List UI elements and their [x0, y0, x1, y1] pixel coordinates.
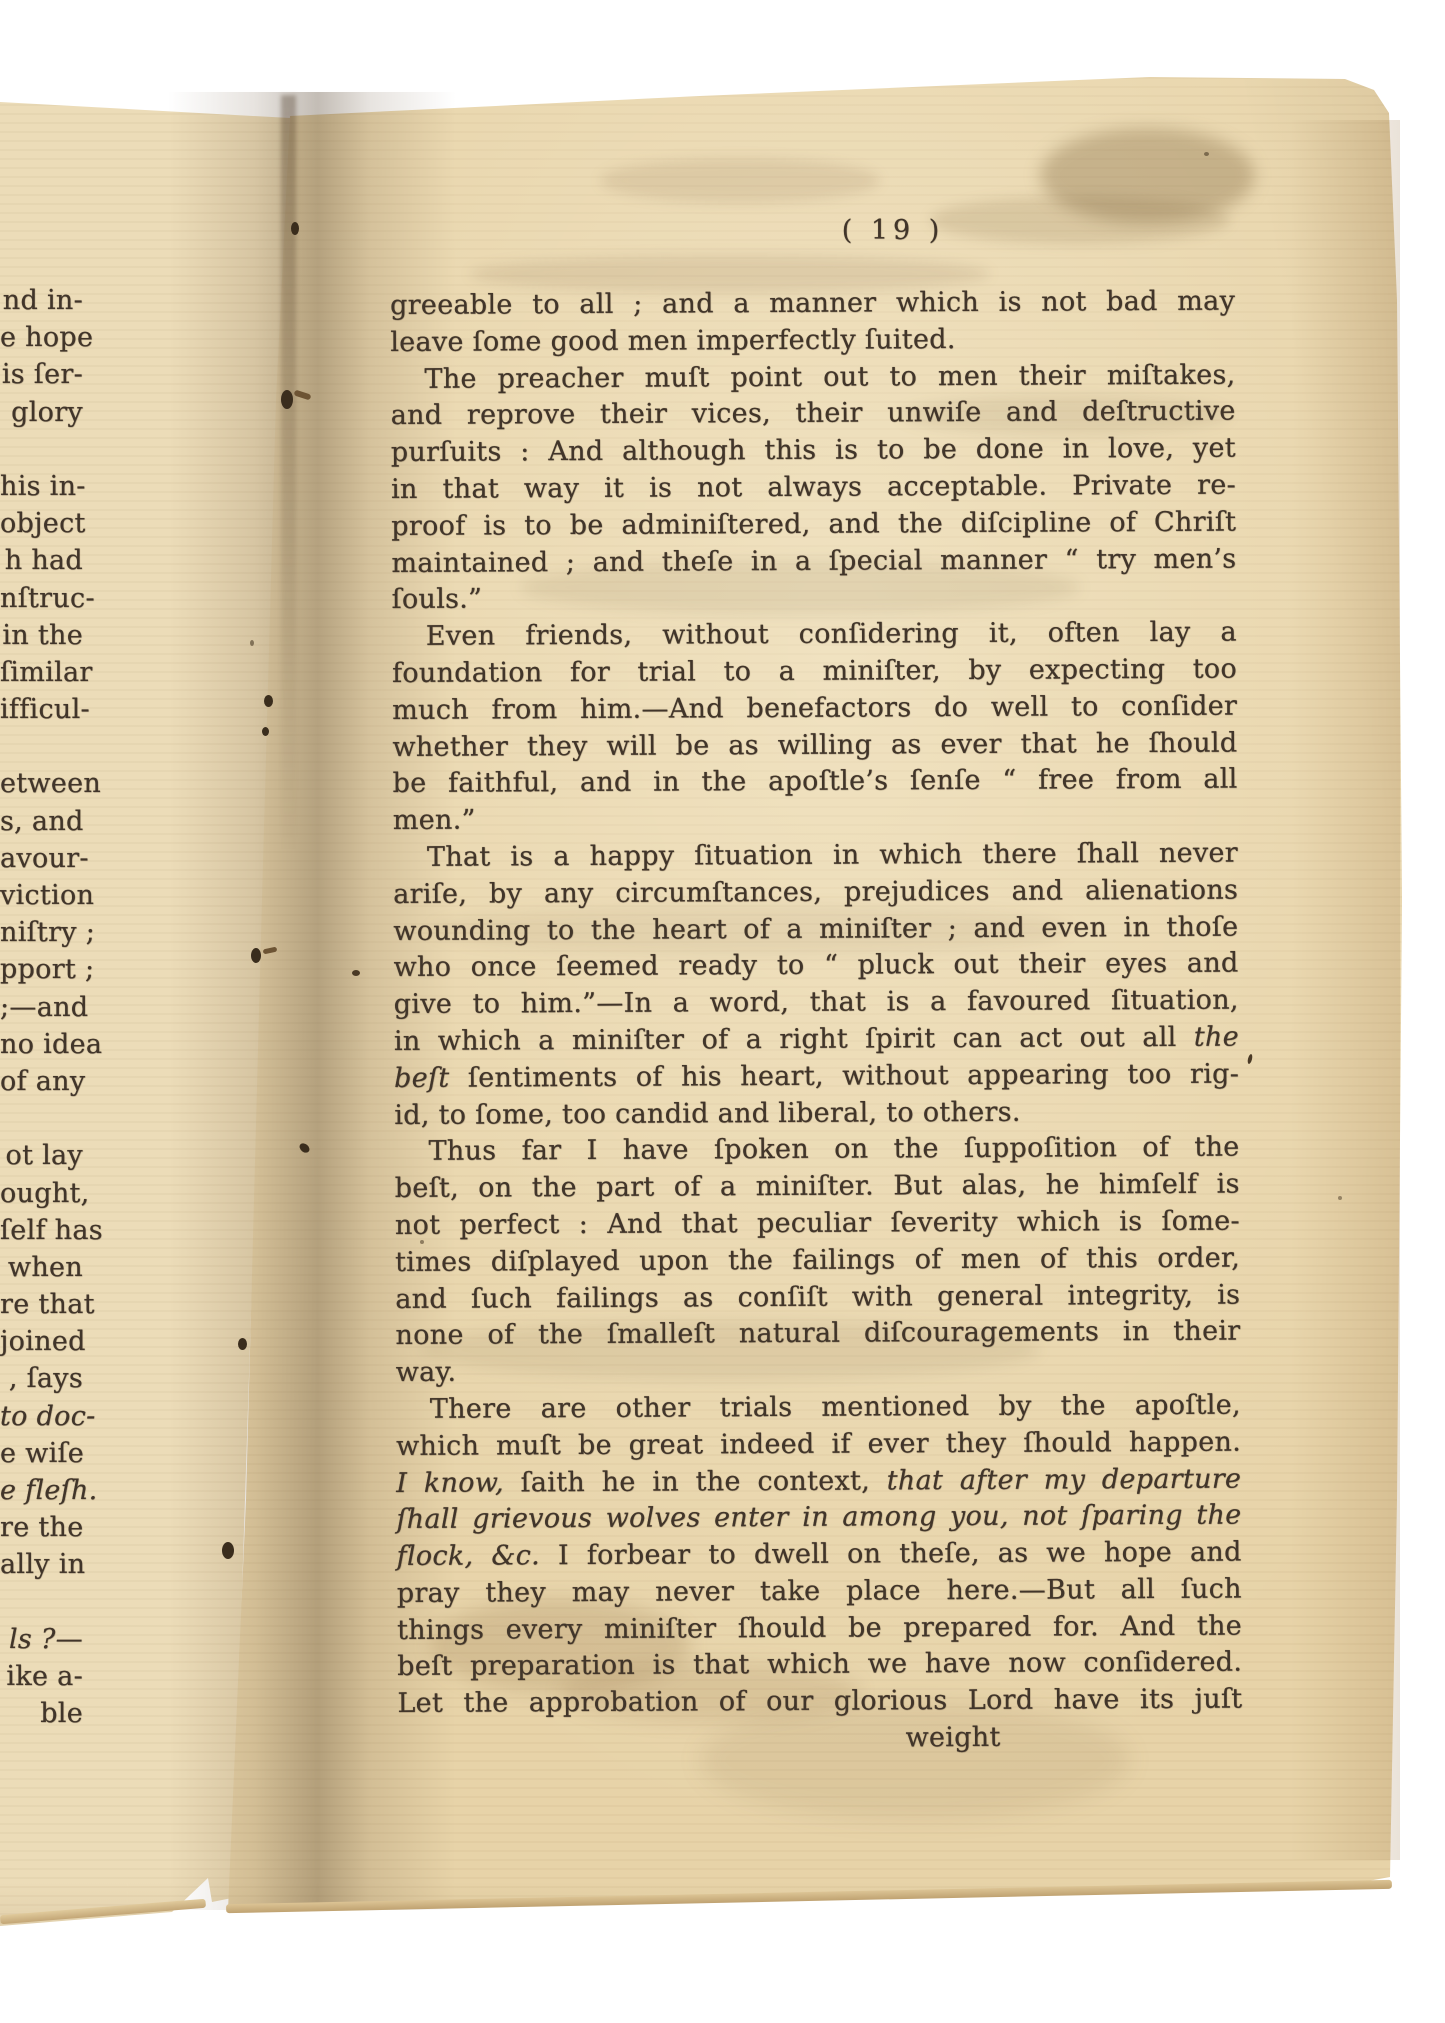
text-line: in that way it is not always acceptable.…: [391, 468, 1236, 509]
left-fragment-line: ifficul-: [0, 691, 86, 728]
left-fragment-line: [0, 1584, 86, 1621]
left-fragment-line: ought,: [0, 1175, 86, 1212]
text-line: There are other trials mentioned by the …: [396, 1387, 1241, 1428]
left-fragment-line: pport ;: [0, 951, 86, 988]
left-fragment-line: s, and: [0, 803, 86, 840]
text-line: much from him.—And benefactors do well t…: [392, 688, 1237, 729]
left-fragment-line: object: [0, 505, 86, 542]
text-line: Even friends, without conſidering it, of…: [392, 615, 1237, 656]
text-line: proof is to be adminiſtered, and the diſ…: [391, 504, 1236, 545]
left-fragment-line: ;—and: [0, 989, 86, 1026]
text-line: not perfect : And that peculiar ſeverity…: [395, 1203, 1240, 1244]
left-fragment-line: h had: [0, 542, 86, 579]
text-line: none of the ſmalleſt natural diſcouragem…: [395, 1314, 1240, 1355]
catchword: weight: [398, 1719, 1243, 1760]
text-line: in which a miniſter of a right ſpirit ca…: [394, 1020, 1239, 1061]
text-line: purſuits : And although this is to be do…: [391, 431, 1236, 472]
left-fragment-line: ſelf has: [0, 1212, 86, 1249]
left-fragment-line: ike a-: [0, 1658, 86, 1695]
text-line: who once ſeemed ready to “ pluck out the…: [393, 946, 1238, 987]
text-line: id, to ſome, too candid and liberal, to …: [394, 1093, 1239, 1134]
left-fragment-line: niſtry ;: [0, 914, 86, 951]
text-line: give to him.”—In a word, that is a favou…: [394, 983, 1239, 1024]
text-line: and ſuch failings as conſiſt with genera…: [395, 1277, 1240, 1318]
text-line: beſt preparation is that which we have n…: [397, 1645, 1242, 1686]
text-line: Let the approbation of our glorious Lord…: [397, 1682, 1242, 1723]
text-line: beſt ſentiments of his heart, without ap…: [394, 1056, 1239, 1097]
left-fragment-line: ally in: [0, 1546, 86, 1583]
left-fragment-line: e hope: [0, 319, 86, 356]
text-line: greeable to all ; and a manner which is …: [390, 284, 1235, 325]
left-fragment-line: re the: [0, 1509, 86, 1546]
left-fragment-line: joined: [0, 1323, 86, 1360]
text-line: whether they will be as willing as ever …: [392, 725, 1237, 766]
left-fragment-line: , ſays: [0, 1360, 86, 1397]
text-line: The preacher muſt point out to men their…: [390, 357, 1235, 398]
text-line: foundation for trial to a miniſter, by e…: [392, 652, 1237, 693]
left-fragment-line: ble: [0, 1695, 86, 1732]
text-line: be faithful, and in the apoſtle’s ſenſe …: [393, 762, 1238, 803]
left-fragment-line: e fleſh.: [0, 1472, 86, 1509]
text-line: way.: [396, 1351, 1241, 1392]
text-line: times diſplayed upon the failings of men…: [395, 1240, 1240, 1281]
left-fragment-line: to doc-: [0, 1398, 86, 1435]
left-fragment-line: nſtruc-: [0, 580, 86, 617]
text-line: men.”: [393, 799, 1238, 840]
text-line: I know, ſaith he in the context, that af…: [396, 1461, 1241, 1502]
left-fragment-line: e wiſe: [0, 1435, 86, 1472]
left-fragment-line: glory: [0, 394, 86, 431]
left-fragment-line: re that: [0, 1286, 86, 1323]
left-fragment-line: ls ?—: [0, 1621, 86, 1658]
text-line: That is a happy ſituation in which there…: [393, 836, 1238, 877]
text-line: Thus far I have ſpoken on the ſuppoſitio…: [394, 1130, 1239, 1171]
text-line: flock, &c. I forbear to dwell on theſe, …: [397, 1535, 1242, 1576]
page-number: ( 19 ): [808, 215, 978, 246]
left-fragment-line: in the: [0, 617, 86, 654]
left-fragment-line: viction: [0, 877, 86, 914]
text-line: ſouls.”: [392, 578, 1237, 619]
left-fragment-line: ſimilar: [0, 654, 86, 691]
text-line: and reprove their vices, their unwiſe an…: [391, 394, 1236, 435]
left-fragment-line: no idea: [0, 1026, 86, 1063]
left-fragment-line: his in-: [0, 468, 86, 505]
left-fragment-line: avour-: [0, 840, 86, 877]
left-fragment-line: ot lay: [0, 1137, 86, 1174]
text-line: things every miniſter ſhould be prepared…: [397, 1608, 1242, 1649]
left-fragment-line: nd in-: [0, 282, 86, 319]
page-text: greeable to all ; and a manner which is …: [390, 284, 1243, 1760]
text-line: beſt, on the part of a miniſter. But ala…: [395, 1167, 1240, 1208]
text-line: which muſt be great indeed if ever they …: [396, 1424, 1241, 1465]
left-fragment-line: is ſer-: [0, 356, 86, 393]
left-page-fragment-text: nd in-e hopeis ſer-glory his in-objecth …: [0, 282, 86, 1732]
text-line: wounding to the heart of a miniſter ; an…: [393, 909, 1238, 950]
text-line: pray they may never take place here.—But…: [397, 1571, 1242, 1612]
text-line: ſhall grievous wolves enter in among you…: [396, 1498, 1241, 1539]
book-photo: ( 19 ) greeable to all ; and a manner wh…: [0, 0, 1445, 2023]
text-line: ariſe, by any circumſtances, prejudices …: [393, 872, 1238, 913]
text-line: maintained ; and theſe in a ſpecial mann…: [391, 541, 1236, 582]
left-fragment-line: of any: [0, 1063, 86, 1100]
left-fragment-line: etween: [0, 765, 86, 802]
left-fragment-line: when: [0, 1249, 86, 1286]
left-fragment-line: [0, 431, 86, 468]
left-fragment-line: [0, 1100, 86, 1137]
text-line: leave ſome good men imperfectly ſuited.: [390, 320, 1235, 361]
left-fragment-line: [0, 728, 86, 765]
